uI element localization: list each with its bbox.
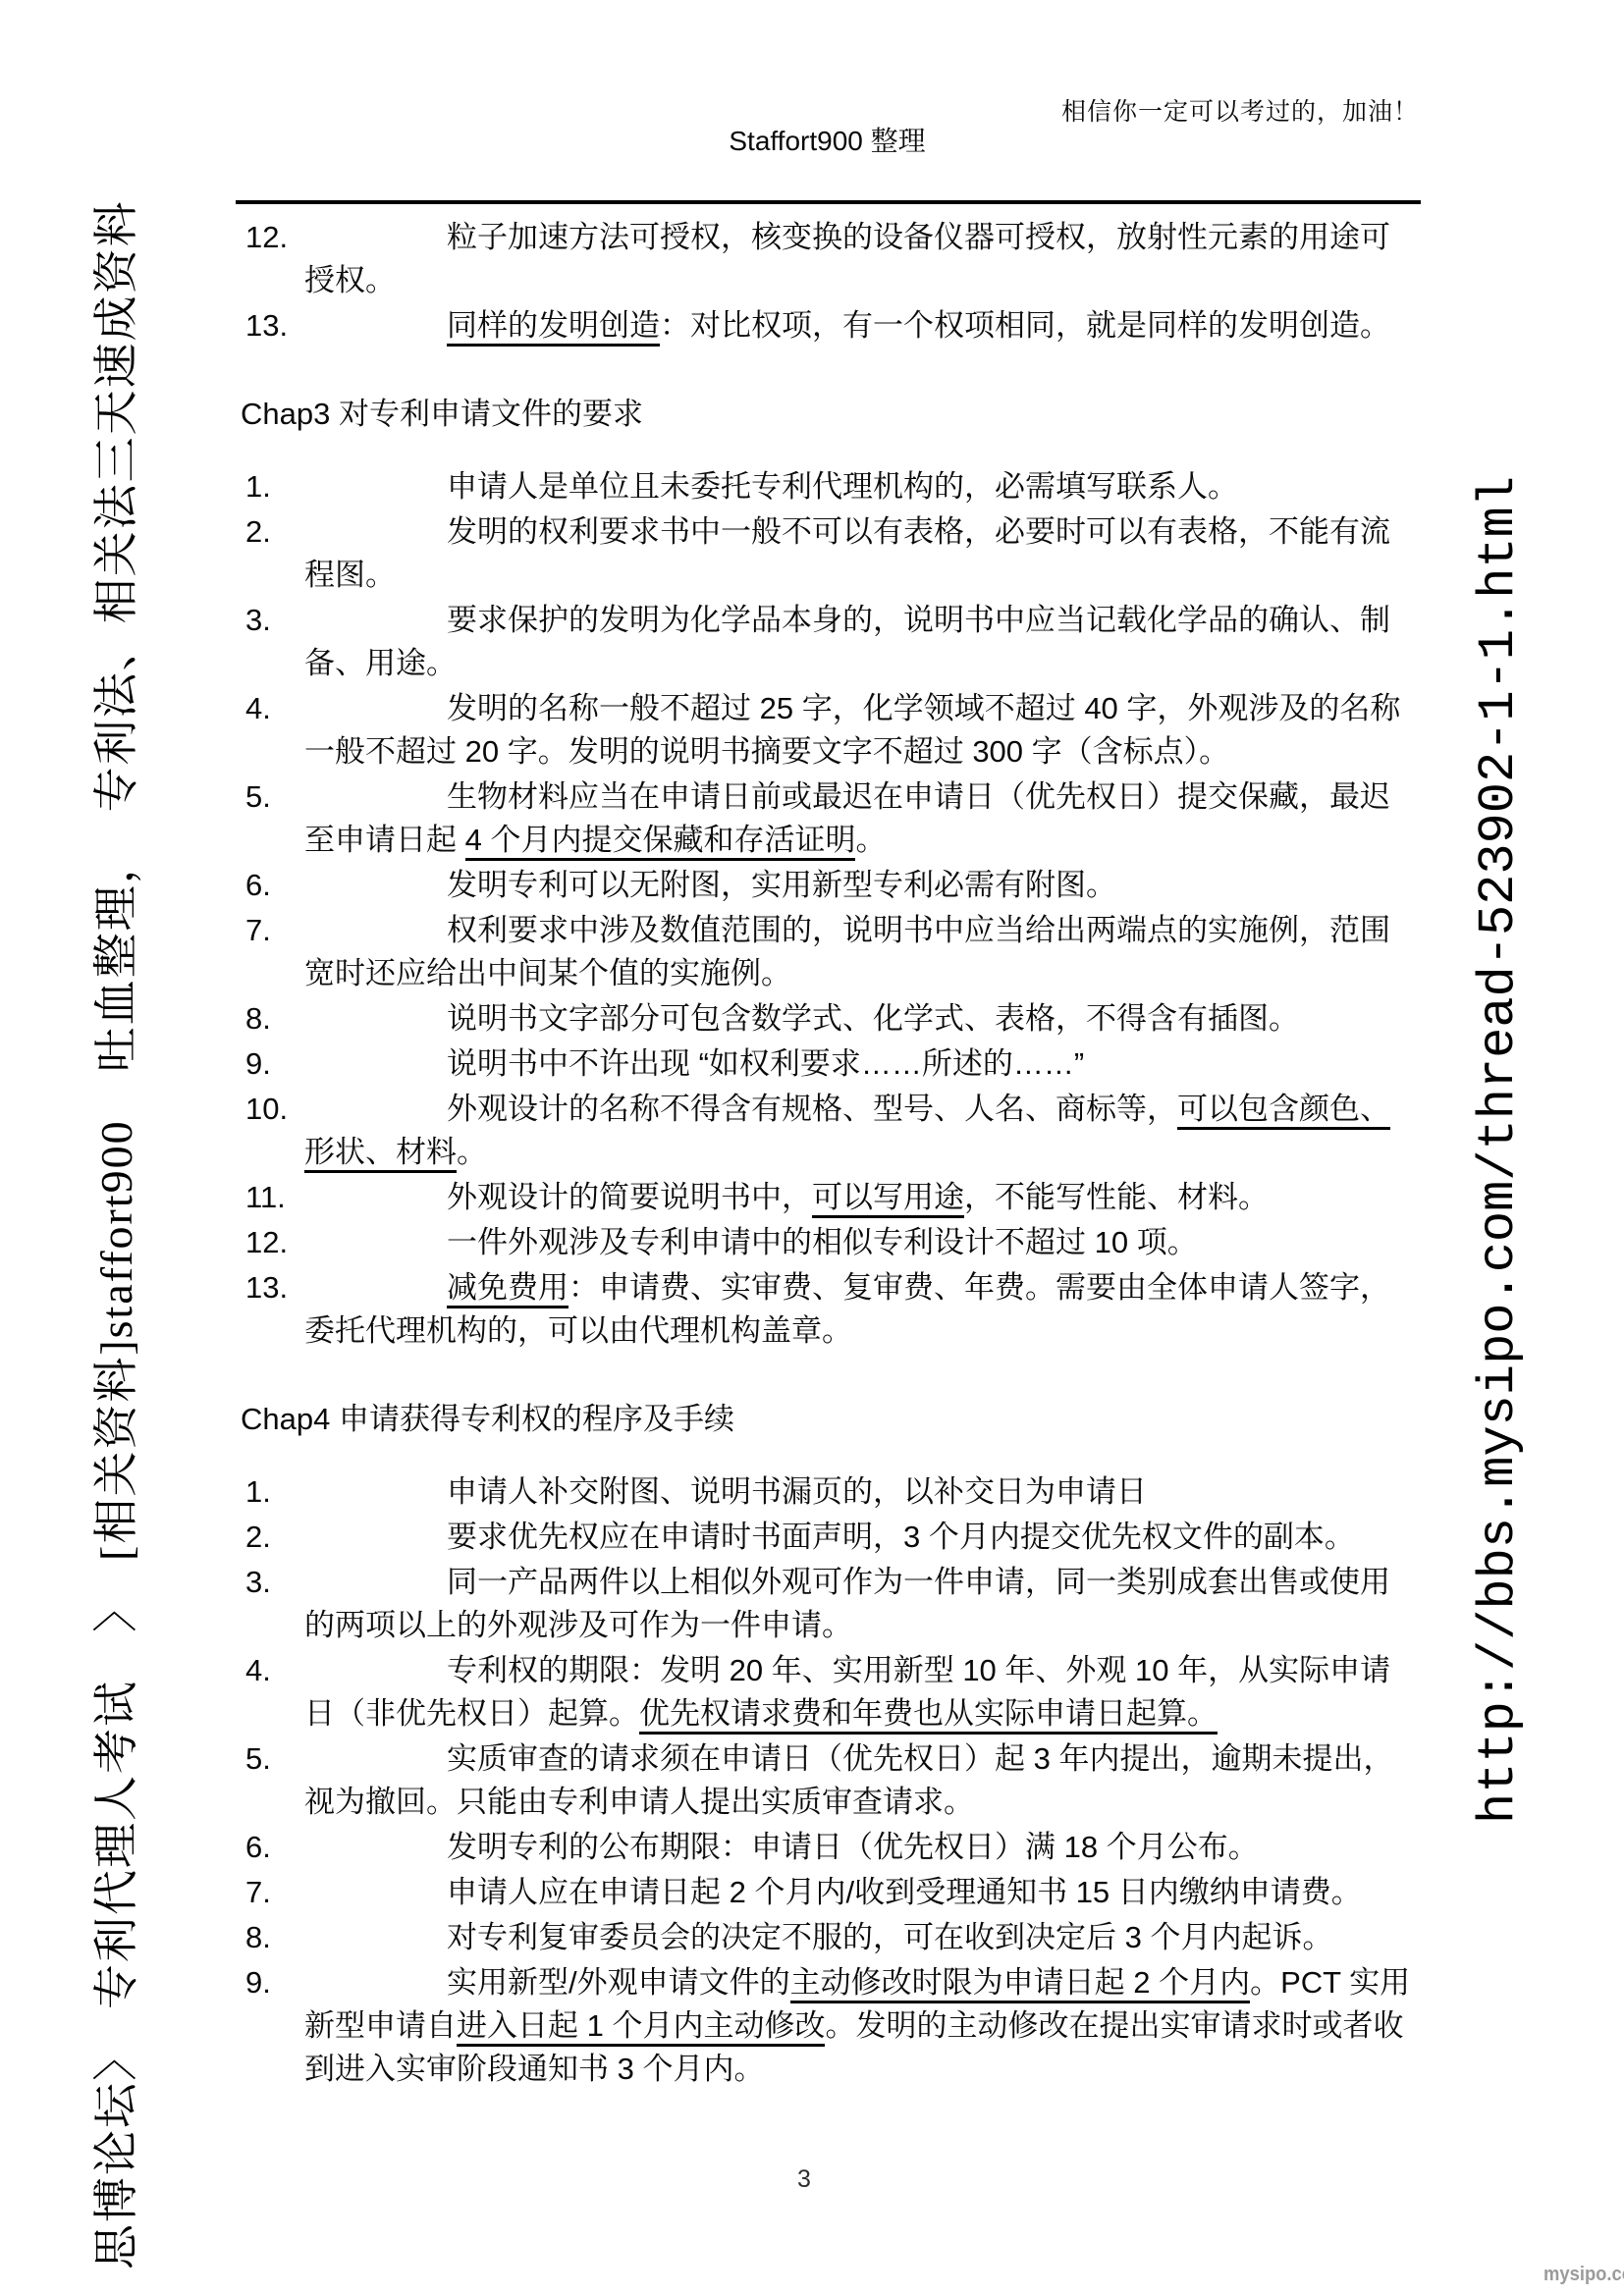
list-item: 8.对专利复审委员会的决定不服的，可在收到决定后 3 个月内起诉。 [304, 1916, 1419, 1959]
item-number: 6. [245, 864, 271, 907]
footer-brand: mysipo.com [1543, 2264, 1624, 2286]
item-text: 申请人补交附图、说明书漏页的，以补交日为申请日 [447, 1474, 1147, 1509]
item-number: 12. [245, 216, 288, 259]
item-text: 外观设计的简要说明书中，可以写用途，不能写性能、材料。 [447, 1180, 1269, 1218]
item-number: 9. [245, 1961, 271, 2004]
right-watermark-url: http://bbs.mysipo.com/thread-523902-1-1.… [1470, 476, 1528, 1824]
document-body: 12.粒子加速方法可授权，核变换的设备仪器可授权，放射性元素的用途可授权。13.… [236, 208, 1419, 2093]
list-item: 3.同一产品两件以上相似外观可作为一件申请，同一类别成套出售或使用的两项以上的外… [304, 1561, 1419, 1647]
item-number: 2. [245, 510, 271, 554]
underlined-text: 同样的发明创造 [447, 308, 660, 347]
item-text: 说明书中不许出现 “如权利要求……所述的……” [447, 1046, 1084, 1081]
item-number: 4. [245, 687, 271, 730]
list-item: 13.同样的发明创造：对比权项，有一个权项相同，就是同样的发明创造。 [304, 304, 1419, 347]
item-text: 减免费用：申请费、实审费、复审费、年费。需要由全体申请人签字，委托代理机构的，可… [304, 1270, 1390, 1348]
item-text: 同一产品两件以上相似外观可作为一件申请，同一类别成套出售或使用的两项以上的外观涉… [304, 1565, 1390, 1642]
item-number: 1. [245, 465, 271, 508]
item-number: 8. [245, 997, 271, 1041]
list-item: 4.发明的名称一般不超过 25 字，化学领域不超过 40 字，外观涉及的名称一般… [304, 687, 1419, 774]
item-number: 3. [245, 599, 271, 642]
item-text: 发明专利可以无附图，实用新型专利必需有附图。 [447, 868, 1116, 902]
item-text: 外观设计的名称不得含有规格、型号、人名、商标等，可以包含颜色、形状、材料。 [304, 1092, 1390, 1173]
list-item: 5.生物材料应当在申请日前或最迟在申请日（优先权日）提交保藏，最迟至申请日起 4… [304, 775, 1419, 862]
list-item: 9.说明书中不许出现 “如权利要求……所述的……” [304, 1042, 1419, 1086]
item-text: 一件外观涉及专利申请中的相似专利设计不超过 10 项。 [447, 1225, 1198, 1259]
underlined-text: 减免费用 [447, 1270, 568, 1308]
list-item: 1.申请人是单位且未委托专利代理机构的，必需填写联系人。 [304, 465, 1419, 508]
list-item: 6.发明专利的公布期限：申请日（优先权日）满 18 个月公布。 [304, 1826, 1419, 1869]
underlined-text: 主动修改时限为申请日起 2 个月内 [790, 1965, 1250, 2003]
item-text: 同样的发明创造：对比权项，有一个权项相同，就是同样的发明创造。 [447, 308, 1390, 347]
item-text: 发明专利的公布期限：申请日（优先权日）满 18 个月公布。 [447, 1830, 1259, 1864]
list-item: 13.减免费用：申请费、实审费、复审费、年费。需要由全体申请人签字，委托代理机构… [304, 1266, 1419, 1353]
underlined-text: 可以写用途 [812, 1180, 964, 1218]
list-item: 4.专利权的期限：发明 20 年、实用新型 10 年、外观 10 年，从实际申请… [304, 1649, 1419, 1735]
item-text: 权利要求中涉及数值范围的，说明书中应当给出两端点的实施例，范围宽时还应给出中间某… [304, 913, 1390, 990]
list-item: 12.粒子加速方法可授权，核变换的设备仪器可授权，放射性元素的用途可授权。 [304, 216, 1419, 302]
item-text: 专利权的期限：发明 20 年、实用新型 10 年、外观 10 年，从实际申请日（… [304, 1653, 1390, 1735]
item-number: 7. [245, 1871, 271, 1914]
item-text: 申请人应在申请日起 2 个月内/收到受理通知书 15 日内缴纳申请费。 [447, 1875, 1362, 1909]
list-item: 1.申请人补交附图、说明书漏页的，以补交日为申请日 [304, 1470, 1419, 1514]
item-text: 要求优先权应在申请时书面声明，3 个月内提交优先权文件的副本。 [447, 1520, 1355, 1554]
list-item: 2.要求优先权应在申请时书面声明，3 个月内提交优先权文件的副本。 [304, 1516, 1419, 1559]
item-number: 10. [245, 1088, 288, 1131]
item-number: 13. [245, 304, 288, 347]
item-number: 6. [245, 1826, 271, 1869]
underlined-text: 进入日起 1 个月内主动修改 [457, 2008, 825, 2047]
item-number: 5. [245, 1737, 271, 1781]
list-item: 5.实质审查的请求须在申请日（优先权日）起 3 年内提出，逾期未提出，视为撤回。… [304, 1737, 1419, 1824]
underlined-text: 优先权请求费和年费也从实际申请日起算。 [639, 1696, 1218, 1735]
item-number: 1. [245, 1470, 271, 1514]
section-title: Chap4 申请获得专利权的程序及手续 [241, 1398, 1419, 1441]
list-item: 7.申请人应在申请日起 2 个月内/收到受理通知书 15 日内缴纳申请费。 [304, 1871, 1419, 1914]
item-number: 13. [245, 1266, 288, 1309]
page-number: 3 [797, 2165, 811, 2194]
item-number: 7. [245, 909, 271, 952]
underlined-text: 4 个月内提交保藏和存活证明 [465, 823, 856, 861]
item-text: 发明的名称一般不超过 25 字，化学领域不超过 40 字，外观涉及的名称一般不超… [304, 691, 1400, 769]
list-item: 9.实用新型/外观申请文件的主动修改时限为申请日起 2 个月内。PCT 实用新型… [304, 1961, 1419, 2091]
item-number: 11. [245, 1176, 286, 1219]
item-number: 9. [245, 1042, 271, 1086]
item-text: 申请人是单位且未委托专利代理机构的，必需填写联系人。 [447, 469, 1238, 504]
list-item: 11.外观设计的简要说明书中，可以写用途，不能写性能、材料。 [304, 1176, 1419, 1219]
document-page: 相信你一定可以考过的，加油！ Staffort900 整理 12.粒子加速方法可… [0, 0, 1624, 2296]
item-text: 实用新型/外观申请文件的主动修改时限为申请日起 2 个月内。PCT 实用新型申请… [304, 1965, 1410, 2086]
item-number: 3. [245, 1561, 271, 1604]
page-header-title: Staffort900 整理 [236, 120, 1419, 159]
list-item: 6.发明专利可以无附图，实用新型专利必需有附图。 [304, 864, 1419, 907]
item-number: 12. [245, 1221, 288, 1264]
list-item: 7.权利要求中涉及数值范围的，说明书中应当给出两端点的实施例，范围宽时还应给出中… [304, 909, 1419, 995]
left-watermark-text: 思博论坛〉 专利代理人考试 〉 [相关资料]staffort900 吐血整理， … [81, 199, 145, 2269]
item-text: 要求保护的发明为化学品本身的，说明书中应当记载化学品的确认、制备、用途。 [304, 603, 1390, 680]
list-item: 10.外观设计的名称不得含有规格、型号、人名、商标等，可以包含颜色、形状、材料。 [304, 1088, 1419, 1174]
item-text: 生物材料应当在申请日前或最迟在申请日（优先权日）提交保藏，最迟至申请日起 4 个… [304, 779, 1390, 861]
item-text: 发明的权利要求书中一般不可以有表格，必要时可以有表格，不能有流程图。 [304, 514, 1390, 592]
divider-line [236, 200, 1421, 204]
item-number: 8. [245, 1916, 271, 1959]
item-text: 对专利复审委员会的决定不服的，可在收到决定后 3 个月内起诉。 [447, 1920, 1332, 1954]
list-item: 12.一件外观涉及专利申请中的相似专利设计不超过 10 项。 [304, 1221, 1419, 1264]
item-text: 说明书文字部分可包含数学式、化学式、表格，不得含有插图。 [447, 1001, 1299, 1036]
list-item: 3.要求保护的发明为化学品本身的，说明书中应当记载化学品的确认、制备、用途。 [304, 599, 1419, 685]
item-number: 2. [245, 1516, 271, 1559]
item-text: 粒子加速方法可授权，核变换的设备仪器可授权，放射性元素的用途可授权。 [304, 220, 1390, 297]
item-text: 实质审查的请求须在申请日（优先权日）起 3 年内提出，逾期未提出，视为撤回。只能… [304, 1741, 1393, 1819]
list-item: 2.发明的权利要求书中一般不可以有表格，必要时可以有表格，不能有流程图。 [304, 510, 1419, 597]
section-title: Chap3 对专利申请文件的要求 [241, 393, 1419, 436]
list-item: 8.说明书文字部分可包含数学式、化学式、表格，不得含有插图。 [304, 997, 1419, 1041]
item-number: 5. [245, 775, 271, 819]
item-number: 4. [245, 1649, 271, 1692]
